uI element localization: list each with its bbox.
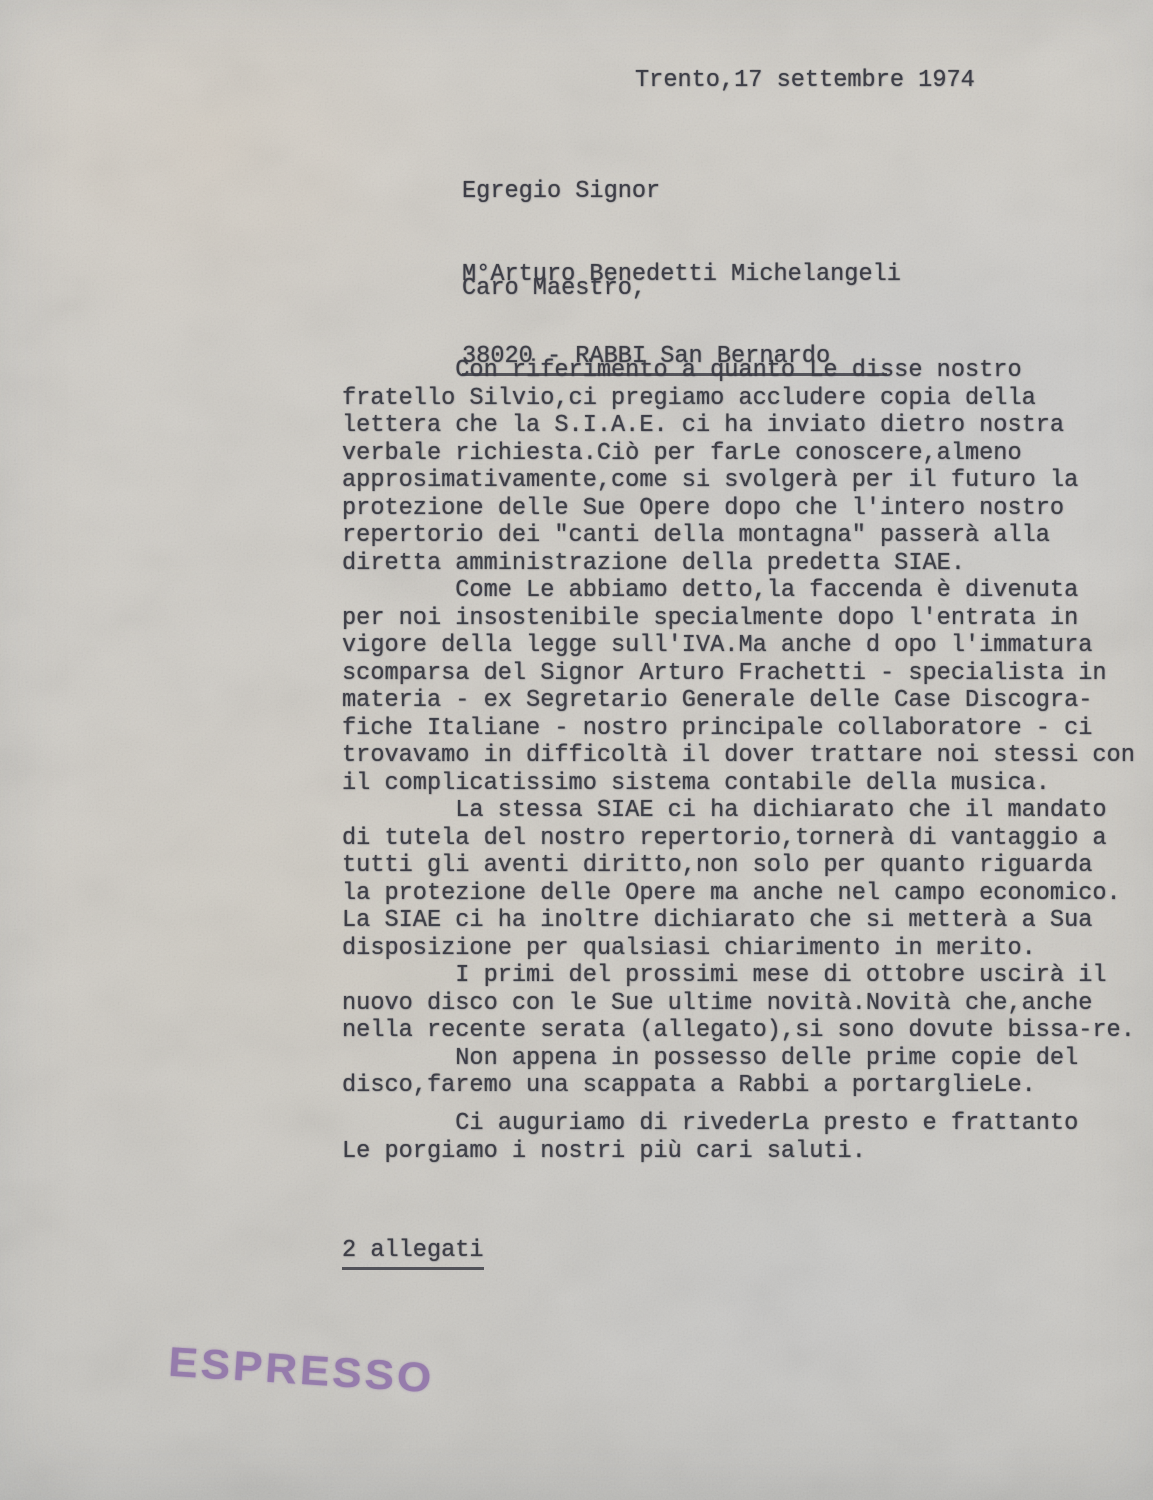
letter-line: disposizione per qualsiasi chiarimento i… — [342, 935, 1135, 963]
letter-line: I primi del prossimi mese di ottobre usc… — [342, 962, 1135, 990]
letter-line: vigore della legge sull'IVA.Ma anche d o… — [342, 632, 1135, 660]
letter-line: nella recente serata (allegato),si sono … — [342, 1017, 1135, 1045]
letter-line: fratello Silvio,ci pregiamo accludere co… — [342, 385, 1135, 413]
letter-line: Come Le abbiamo detto,la faccenda è dive… — [342, 577, 1135, 605]
letter-line: La SIAE ci ha inoltre dichiarato che si … — [342, 907, 1135, 935]
closing-paragraph: Ci auguriamo di rivederLa presto e fratt… — [342, 1110, 1078, 1165]
letter-line: La stessa SIAE ci ha dichiarato che il m… — [342, 797, 1135, 825]
letter-line: diretta amministrazione della predetta S… — [342, 550, 1135, 578]
recipient-line: Egregio Signor — [462, 178, 901, 206]
letter-line: per noi insostenibile specialmente dopo … — [342, 605, 1135, 633]
letter-line: Non appena in possesso delle prime copie… — [342, 1045, 1135, 1073]
salutation: Caro Maestro, — [462, 275, 646, 303]
letter-line: il complicatissimo sistema contabile del… — [342, 770, 1135, 798]
letter-line: repertorio dei "canti della montagna" pa… — [342, 522, 1135, 550]
letter-line: disco,faremo una scappata a Rabbi a port… — [342, 1072, 1135, 1100]
letter-line: Con riferimento a quanto Le disse nostro — [342, 357, 1135, 385]
letter-line: protezione delle Sue Opere dopo che l'in… — [342, 495, 1135, 523]
letter-body: Con riferimento a quanto Le disse nostro… — [342, 357, 1135, 1100]
attachments-note: 2 allegati — [342, 1237, 484, 1270]
date-line: Trento,17 settembre 1974 — [635, 67, 975, 95]
letter-line: approsimativamente,come si svolgerà per … — [342, 467, 1135, 495]
letter-line: tutti gli aventi diritto,non solo per qu… — [342, 852, 1135, 880]
letter-line: trovavamo in difficoltà il dover trattar… — [342, 742, 1135, 770]
letter-line: scomparsa del Signor Arturo Frachetti - … — [342, 660, 1135, 688]
letter-line: di tutela del nostro repertorio,tornerà … — [342, 825, 1135, 853]
letter-line: nuovo disco con le Sue ultime novità.Nov… — [342, 990, 1135, 1018]
letter-line: la protezione delle Opere ma anche nel c… — [342, 880, 1135, 908]
attachments-underline: 2 allegati — [342, 1237, 484, 1270]
letter-line: Le porgiamo i nostri più cari saluti. — [342, 1138, 1078, 1166]
letter-line: materia - ex Segretario Generale delle C… — [342, 687, 1135, 715]
letter-line: lettera che la S.I.A.E. ci ha inviato di… — [342, 412, 1135, 440]
letter-line: fiche Italiane - nostro principale colla… — [342, 715, 1135, 743]
letter-line: Ci auguriamo di rivederLa presto e fratt… — [342, 1110, 1078, 1138]
letter-line: verbale richiesta.Ciò per farLe conoscer… — [342, 440, 1135, 468]
letter-page: Trento,17 settembre 1974 Egregio Signor … — [0, 0, 1153, 1500]
espresso-stamp: ESPRESSO — [167, 1339, 436, 1403]
